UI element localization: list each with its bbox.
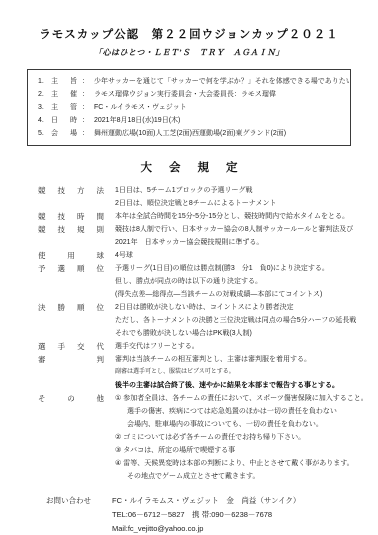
item-number: 1. <box>38 75 51 88</box>
regulation-line: 4号球 <box>115 249 133 262</box>
overview-item-organizer: 3. 主管 ： FC・ルイラモス・ヴェジット <box>38 101 344 114</box>
overview-item-purpose: 1. 主旨 ： 少年サッカーを通じて「サッカーで何を学ぶか？」それを体感できる場… <box>38 75 344 88</box>
regulation-label: 決勝順位 <box>38 301 104 340</box>
item-number: 2. <box>38 88 51 101</box>
regulation-row-method: 競技方法 1日目は、5チーム1ブロックの予選リーグ戦 2日目は、順位決定戦と8チ… <box>38 184 378 210</box>
regulation-line: 競技は8人制で行い、日本サッカー協会の8人制サッカールールと審判法及び <box>115 223 353 236</box>
item-number: 5. <box>38 127 51 140</box>
regulation-label: 審判 <box>38 353 104 392</box>
item-colon: ： <box>82 127 89 140</box>
regulation-line: 2021年 日本サッカー協会競技規則に準ずる。 <box>115 236 353 249</box>
item-text: 舞州運動広場(10面)人工芝(2面)西運動場(2面)東グランド(2面) <box>94 127 286 140</box>
regulation-row-final-ranking: 決勝順位 2日目は勝敗が決しない時は、コイントスにより勝者決定 ただし、各トーナ… <box>38 301 378 340</box>
regulation-row-substitution: 選手交代 選手交代はフリーとする。 <box>38 340 378 353</box>
contact-phone: TEL:06－6712－5827 携 帯:090－6238－7678 <box>112 508 300 522</box>
regulation-line: 2日目は勝敗が決しない時は、コイントスにより勝者決定 <box>115 301 356 314</box>
contact-email: Mail:fc_vejitto@yahoo.co.jp <box>112 522 300 535</box>
document-title: ラモスカップ公認 第２２回ウジョンカップ２０２１ <box>0 26 378 42</box>
document-page: ラモスカップ公認 第２２回ウジョンカップ２０２１ 「心はひとつ・ＬＥＴ’Ｓ ＴＲ… <box>0 0 378 535</box>
regulation-line-emphasis: 後半の主審は試合終了後、速やかに結果を本部まで報告する事とする。 <box>115 379 339 392</box>
overview-item-host: 2. 主催 ： ラモス瑠偉ウジョン実行委員会・大会委員長：ラモス瑠偉 <box>38 88 344 101</box>
item-label: 日時 <box>51 114 77 127</box>
regulation-row-time: 競技時間 本年は全試合時間を15分-5分-15分とし、競技時間内で給水タイムをと… <box>38 210 378 223</box>
overview-item-venue: 5. 会場 ： 舞州運動広場(10面)人工芝(2面)西運動場(2面)東グランド(… <box>38 127 344 140</box>
item-colon: ： <box>82 114 89 127</box>
regulation-label: 競技時間 <box>38 210 104 223</box>
regulation-line: 本年は全試合時間を15分-5分-15分とし、競技時間内で給水タイムをとる。 <box>115 210 349 223</box>
regulation-row-referee: 審判 審判は当該チームの相互審判とし、主審は審判服を着用する。 副審は選手可とし… <box>38 353 378 392</box>
regulation-label: 予選順位 <box>38 262 104 301</box>
item-number: 3. <box>38 101 51 114</box>
regulation-line: 選手交代はフリーとする。 <box>115 340 199 353</box>
regulation-line: 2日目は、順位決定戦と8チームによるトーナメント <box>115 197 277 210</box>
regulation-line: 会場内、駐車場内の事故についても、一切の責任を負わない。 <box>115 418 368 431</box>
regulation-row-prelim-ranking: 予選順位 予選リーグ(1日目)の順位は勝点制(勝3 分1 負0)により決定する。… <box>38 262 378 301</box>
item-text: ラモス瑠偉ウジョン実行委員会・大会委員長：ラモス瑠偉 <box>94 88 276 101</box>
overview-box: 1. 主旨 ： 少年サッカーを通じて「サッカーで何を学ぶか？」それを体感できる場… <box>27 69 351 146</box>
regulation-label: 競技規則 <box>38 223 104 249</box>
regulation-line: ② ゴミについては必ず各チームの責任でお持ち帰り下さい。 <box>115 431 368 444</box>
regulation-line: ただし、各トーナメントの決勝と三位決定戦は同点の場合5分ハーフの延長戦 <box>115 314 356 327</box>
regulation-row-others: その他 ① 参加者全員は、各チームの責任において、スポーツ傷害保険に加入すること… <box>38 392 378 483</box>
regulation-line: 但し、勝点が同点の時は以下の通り決定する。 <box>115 275 329 288</box>
item-label: 主催 <box>51 88 77 101</box>
overview-item-date: 4. 日時 ： 2021年8月18日(水)19日(木) <box>38 114 344 127</box>
section-heading: 大会規定 <box>0 159 378 175</box>
regulation-line: ④ 雷等、天候異変時は本部の判断により、中止とさせて戴く事があります。 <box>115 457 368 470</box>
regulation-label: 競技方法 <box>38 184 104 210</box>
regulation-line: ① 参加者全員は、各チームの責任において、スポーツ傷害保険に加入すること。 <box>115 392 368 405</box>
regulation-line: 選手の傷害、疾病につては応急処置のほかは一切の責任を負わない <box>115 405 368 418</box>
contact-label: お問い合わせ <box>46 494 100 535</box>
item-label: 会場 <box>51 127 77 140</box>
item-label: 主管 <box>51 101 77 114</box>
regulation-line: それでも勝敗が決しない場合はPK戦(3人制) <box>115 327 356 340</box>
regulation-label: その他 <box>38 392 104 483</box>
regulation-label: 選手交代 <box>38 340 104 353</box>
item-text: FC・ルイラモス・ヴェジット <box>94 101 187 114</box>
item-colon: ： <box>82 88 89 101</box>
item-text: 2021年8月18日(水)19日(木) <box>94 114 180 127</box>
regulation-label: 使用球 <box>38 249 104 262</box>
item-colon: ： <box>82 75 89 88</box>
regulation-line: その地点でゲーム成立とさせて戴きます。 <box>115 470 368 483</box>
regulation-row-rules: 競技規則 競技は8人制で行い、日本サッカー協会の8人制サッカールールと審判法及び… <box>38 223 378 249</box>
regulation-line: 審判は当該チームの相互審判とし、主審は審判服を着用する。 <box>115 353 339 366</box>
item-text: 少年サッカーを通じて「サッカーで何を学ぶか？」それを体感できる場でありたい <box>94 75 351 88</box>
document-subtitle: 「心はひとつ・ＬＥＴ’Ｓ ＴＲＹ ＡＧＡＩＮ」 <box>0 47 378 58</box>
item-label: 主旨 <box>51 75 77 88</box>
contact-name: FC・ルイラモムス・ヴェジット 金 尚益（サンイク） <box>112 494 300 508</box>
regulation-line: (得失点差―総得点―当該チームの対戦成績―本部にてコイントス) <box>115 288 329 301</box>
regulation-line-small: 副審は選手可とし、服装はビブス可とする。 <box>115 366 339 379</box>
contact-block: お問い合わせ FC・ルイラモムス・ヴェジット 金 尚益（サンイク） TEL:06… <box>46 494 378 535</box>
item-number: 4. <box>38 114 51 127</box>
regulation-row-ball: 使用球 4号球 <box>38 249 378 262</box>
regulations-list: 競技方法 1日目は、5チーム1ブロックの予選リーグ戦 2日目は、順位決定戦と8チ… <box>38 184 378 483</box>
regulation-line: 1日目は、5チーム1ブロックの予選リーグ戦 <box>115 184 277 197</box>
item-colon: ： <box>82 101 89 114</box>
regulation-line: 予選リーグ(1日目)の順位は勝点制(勝3 分1 負0)により決定する。 <box>115 262 329 275</box>
regulation-line: ③ タバコは、所定の場所で喫煙する事 <box>115 444 368 457</box>
